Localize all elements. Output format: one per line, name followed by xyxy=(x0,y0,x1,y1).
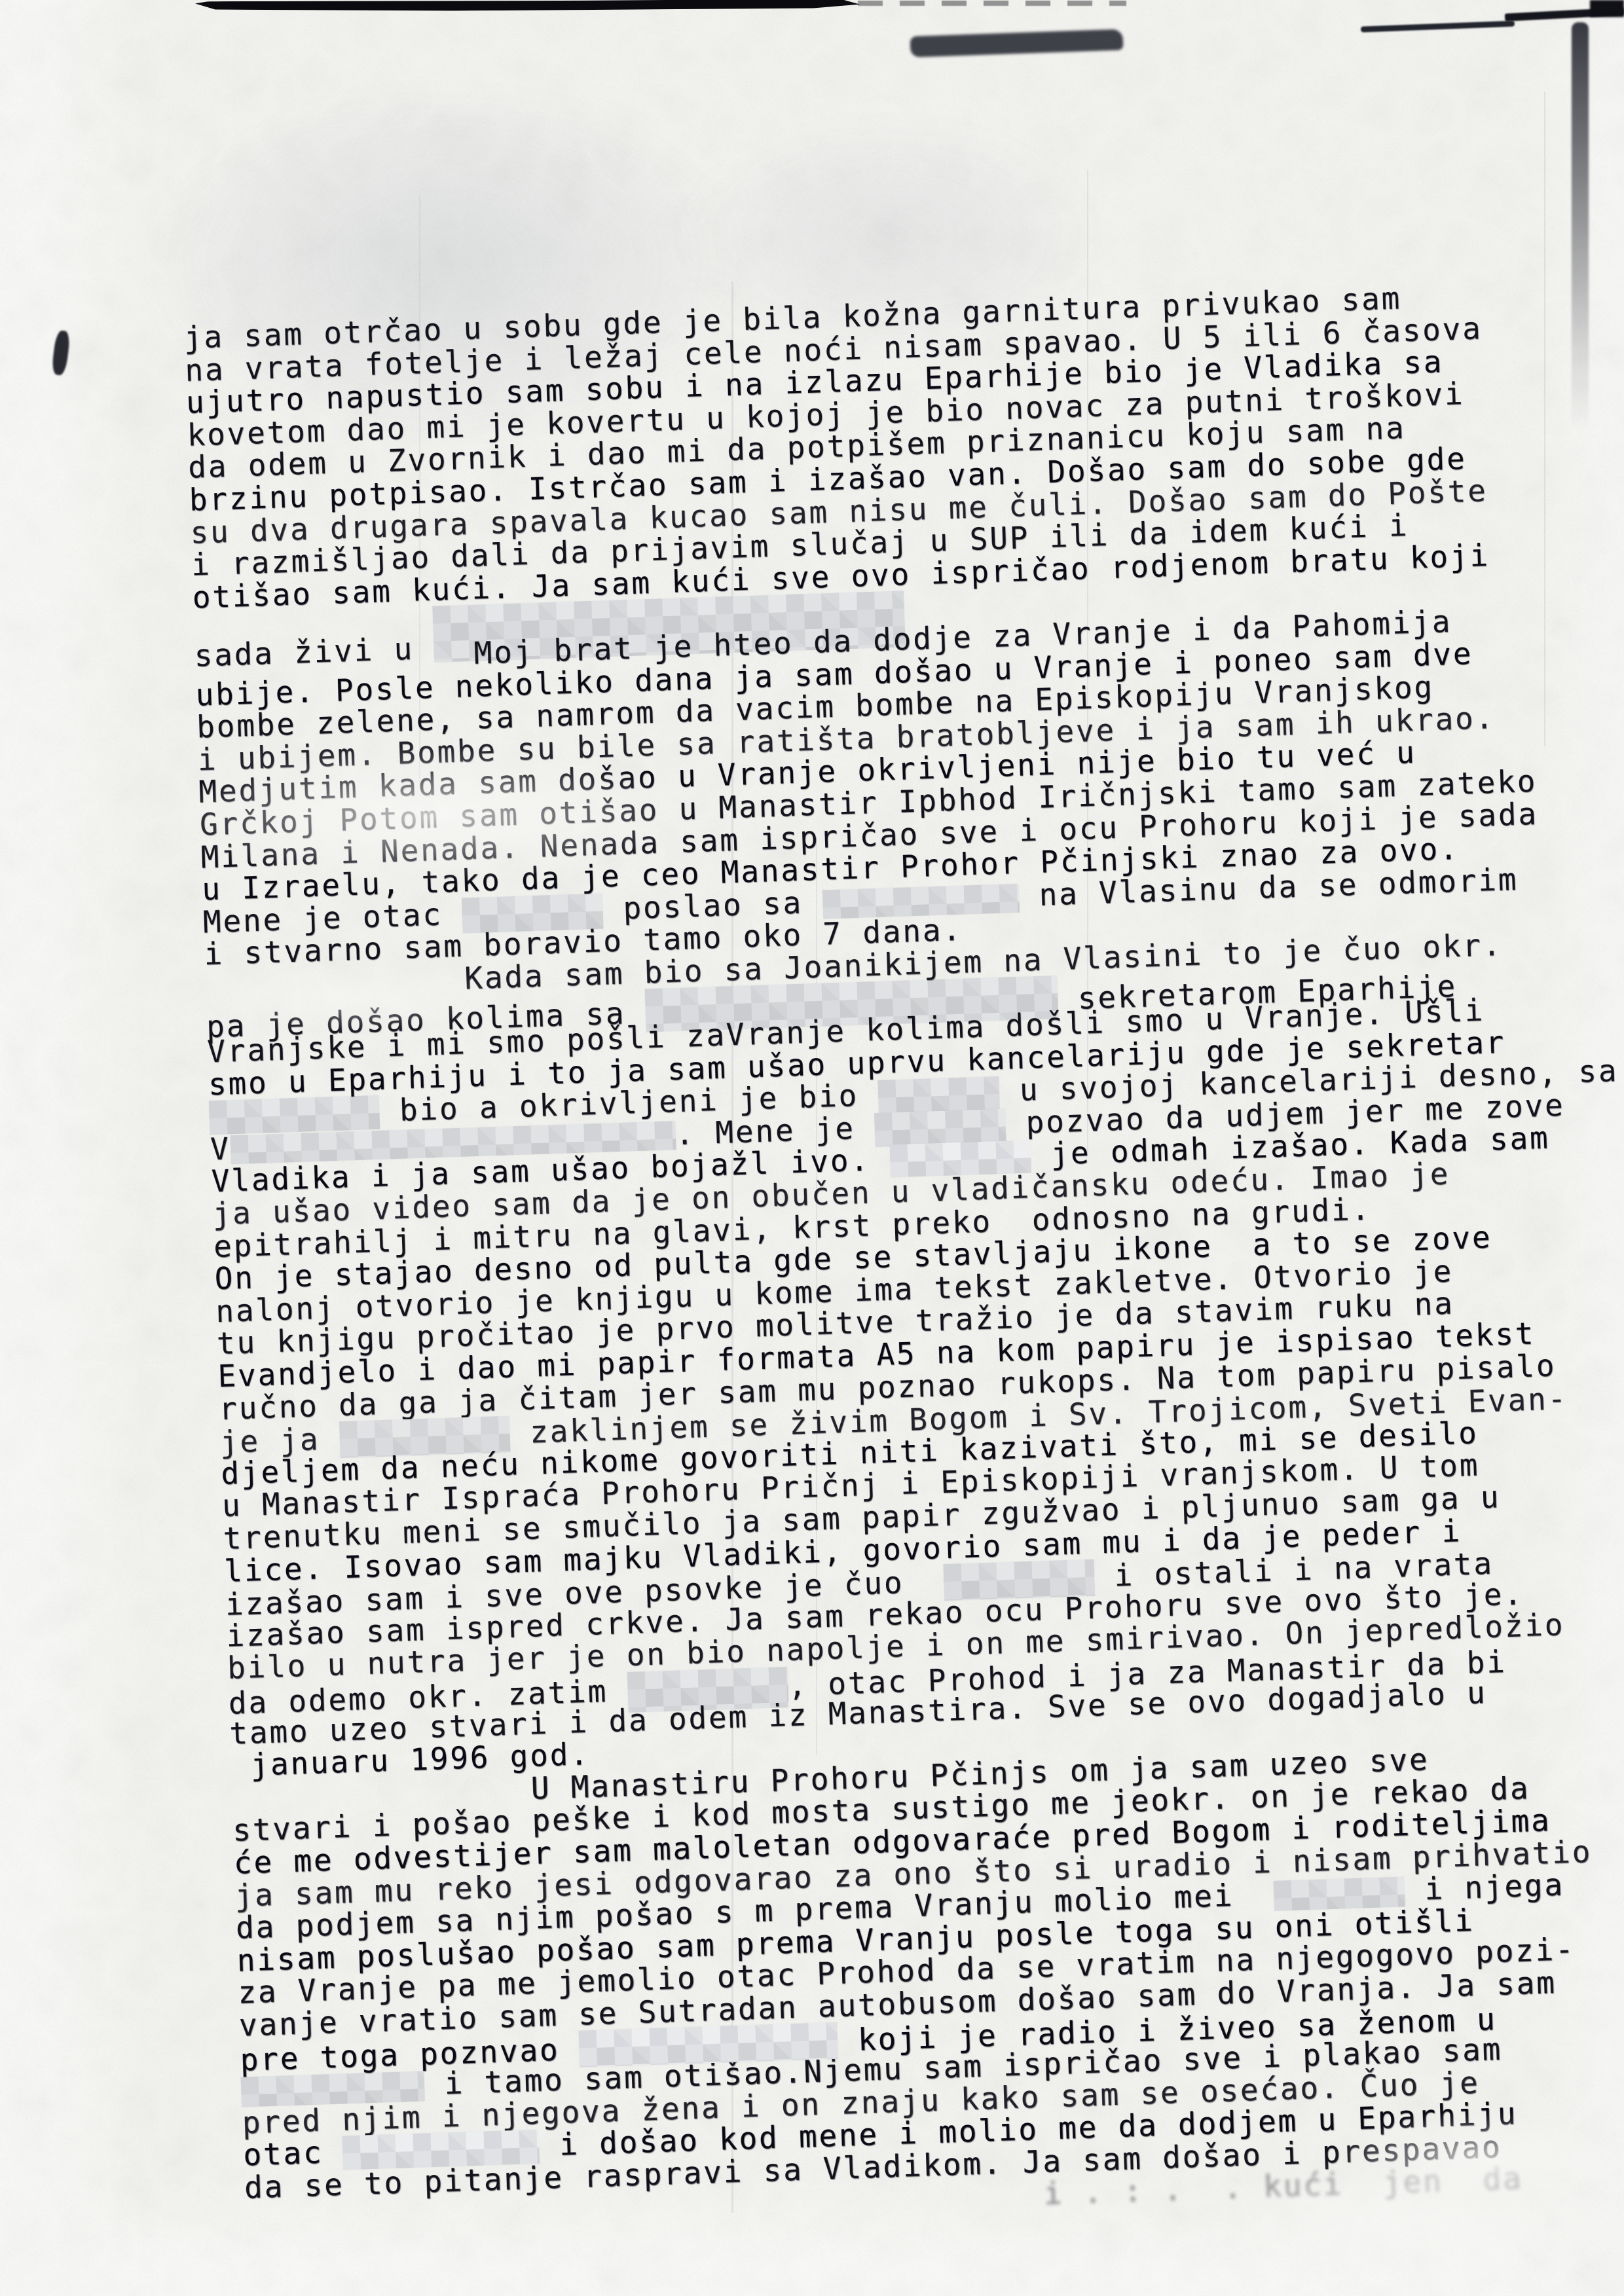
typewritten-text-block: ja sam otrčao u sobu gde je bila kožna g… xyxy=(183,275,1624,2236)
top-edge-scan-bar xyxy=(195,0,860,12)
top-ink-smear xyxy=(910,29,1124,57)
left-edge-mark xyxy=(51,330,71,376)
top-right-corner-mark xyxy=(1505,7,1624,22)
text-segment: otac xyxy=(243,2134,344,2173)
scanned-document-page: ja sam otrčao u sobu gde je bila kožna g… xyxy=(0,0,1624,2296)
top-right-corner-blob xyxy=(1590,0,1624,17)
top-dash-mark xyxy=(1361,20,1515,32)
text-segment: V xyxy=(210,1131,231,1167)
top-edge-scan-bar-extension xyxy=(858,1,1126,6)
redaction-block xyxy=(342,2130,540,2170)
